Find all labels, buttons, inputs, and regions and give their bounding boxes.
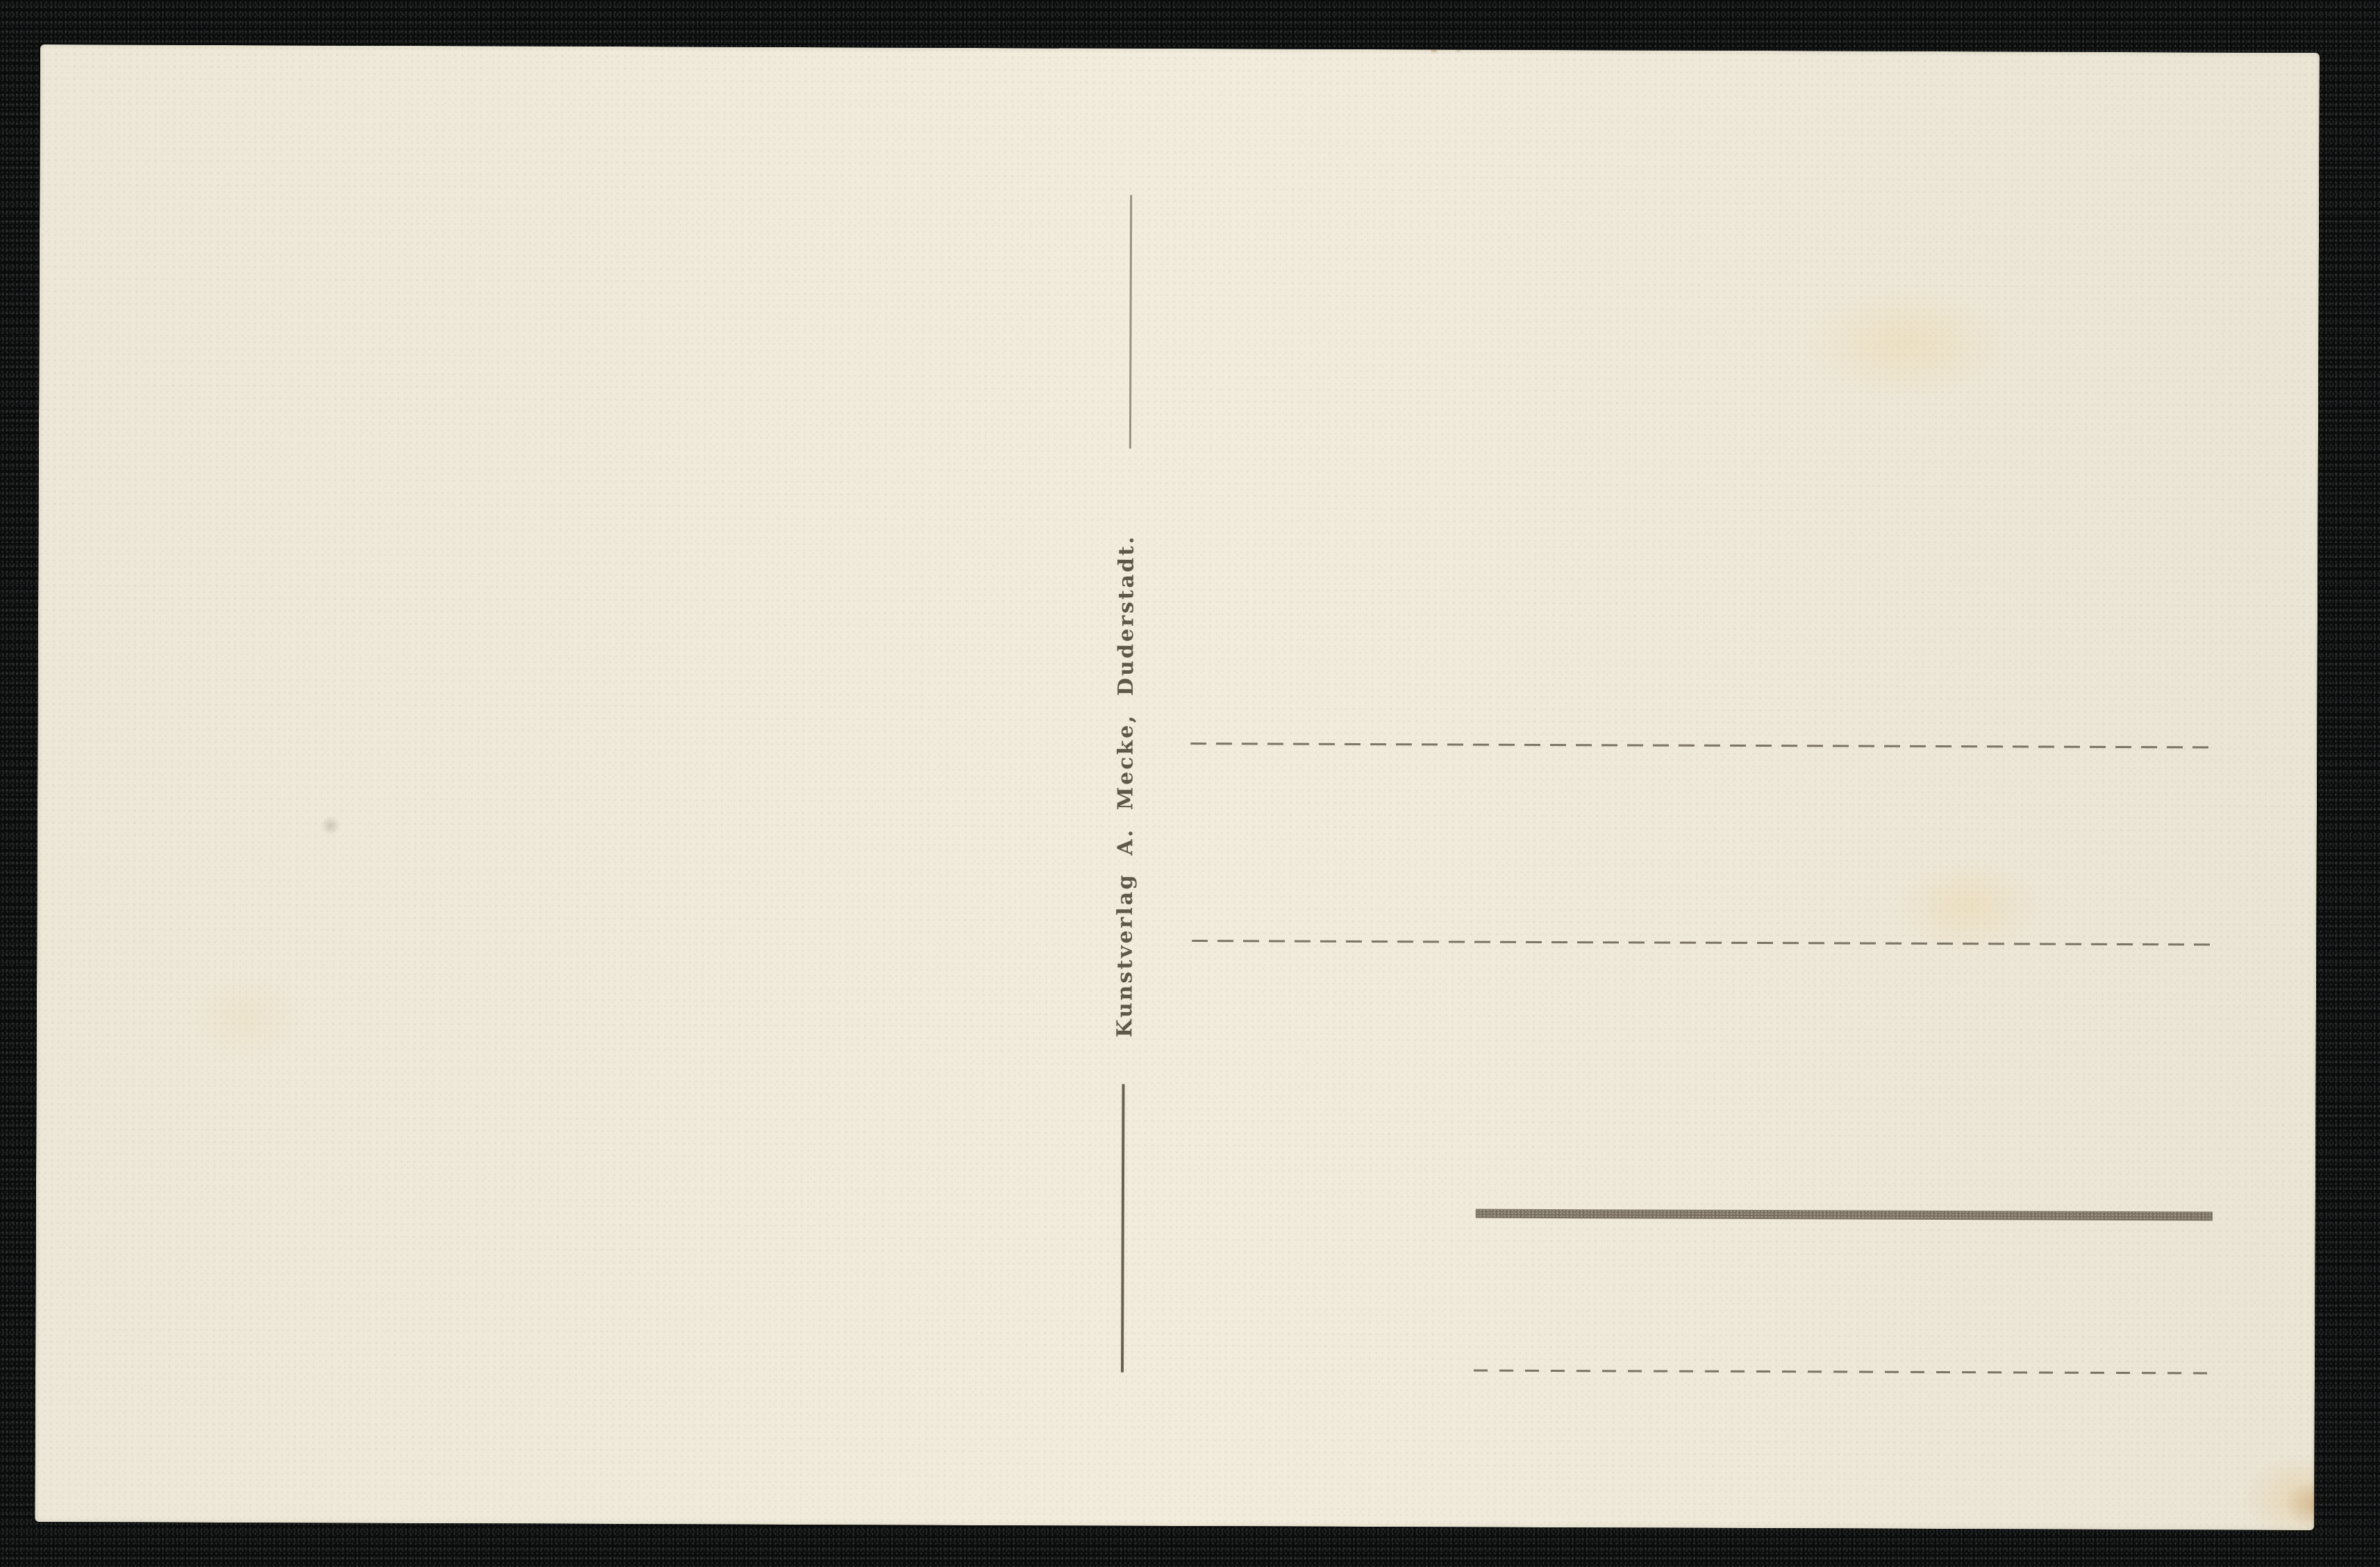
address-line-2 xyxy=(1192,940,2216,945)
address-line-1 xyxy=(1190,743,2217,748)
address-line-4 xyxy=(1474,1370,2211,1375)
postcard-back: Kunstverlag A. Mecke, Duderstadt. xyxy=(35,44,2320,1530)
publisher-imprint-text: Kunstverlag A. Mecke, Duderstadt. xyxy=(1113,535,1139,1038)
divider-line-top xyxy=(1129,195,1132,449)
divider-line-bottom xyxy=(1121,1084,1125,1373)
address-line-3-solid xyxy=(1476,1209,2213,1221)
